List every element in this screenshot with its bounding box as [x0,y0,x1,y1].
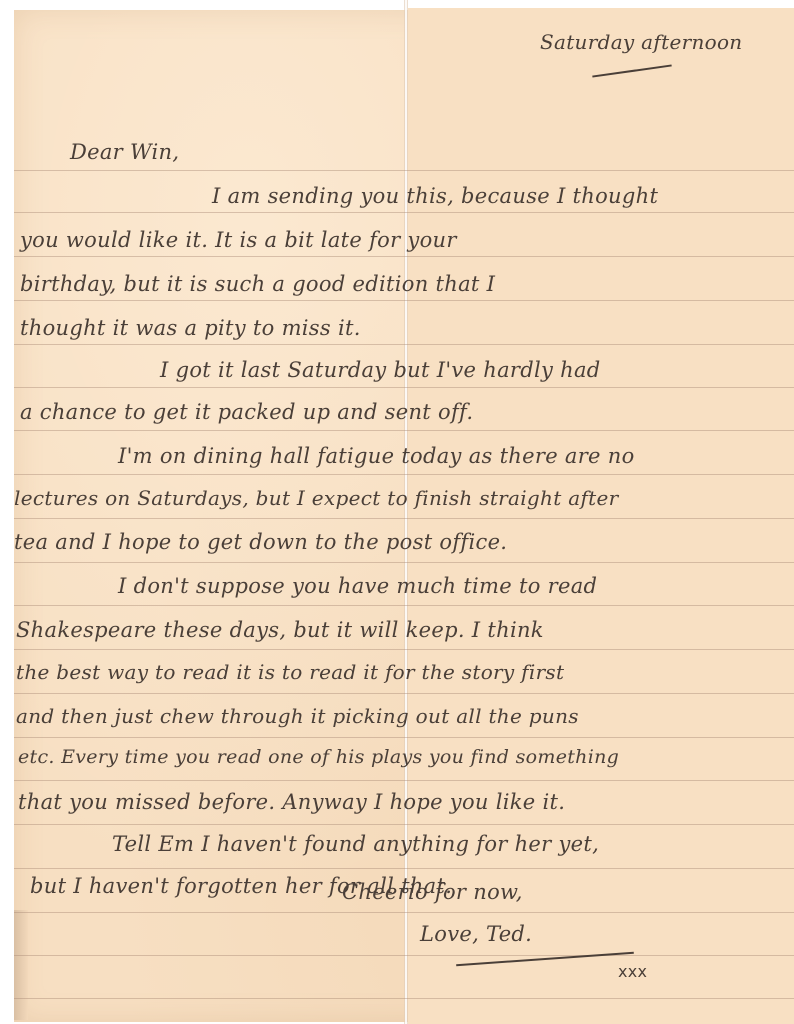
letter-line: thought it was a pity to miss it. [20,316,361,340]
letter-line: I don't suppose you have much time to re… [118,574,597,598]
paper-fold-crease [404,0,408,1024]
ruled-line [14,780,794,781]
signoff: Love, Ted. [420,922,532,946]
ruled-line [14,737,794,738]
ruled-line [14,955,794,956]
letter-line: tea and I hope to get down to the post o… [14,530,507,554]
ruled-line [14,912,794,913]
kisses: xxx [618,962,647,981]
letter-line: I am sending you this, because I thought [212,184,658,208]
letter-date: Saturday afternoon [540,30,743,54]
ruled-line [14,518,794,519]
ruled-line [14,474,794,475]
ruled-line [14,693,794,694]
ruled-line [14,430,794,431]
letter-line: Tell Em I haven't found anything for her… [112,832,599,856]
letter-line: birthday, but it is such a good edition … [20,272,495,296]
letter-line: you would like it. It is a bit late for … [20,228,457,252]
letter-paper-right-half [408,8,794,1024]
ruled-line [14,212,794,213]
letter-line: lectures on Saturdays, but I expect to f… [14,486,618,510]
letter-line: the best way to read it is to read it fo… [16,660,564,684]
ruled-line [14,256,794,257]
ruled-line [14,344,794,345]
closing: Cheerio for now, [342,880,523,904]
ruled-line [14,868,794,869]
ruled-line [14,649,794,650]
salutation: Dear Win, [70,140,179,164]
ruled-line [14,300,794,301]
letter-line: Shakespeare these days, but it will keep… [16,618,544,642]
letter-line: I got it last Saturday but I've hardly h… [160,358,601,382]
letter-line: and then just chew through it picking ou… [16,704,579,728]
letter-line: that you missed before. Anyway I hope yo… [18,790,565,814]
ruled-line [14,998,794,999]
letter-line: a chance to get it packed up and sent of… [20,400,473,424]
letter-line: etc. Every time you read one of his play… [18,746,619,768]
ruled-line [14,387,794,388]
ruled-line [14,824,794,825]
ruled-line [14,170,794,171]
ruled-line [14,605,794,606]
letter-line: I'm on dining hall fatigue today as ther… [118,444,635,468]
ruled-line [14,562,794,563]
torn-edge [14,910,28,1020]
